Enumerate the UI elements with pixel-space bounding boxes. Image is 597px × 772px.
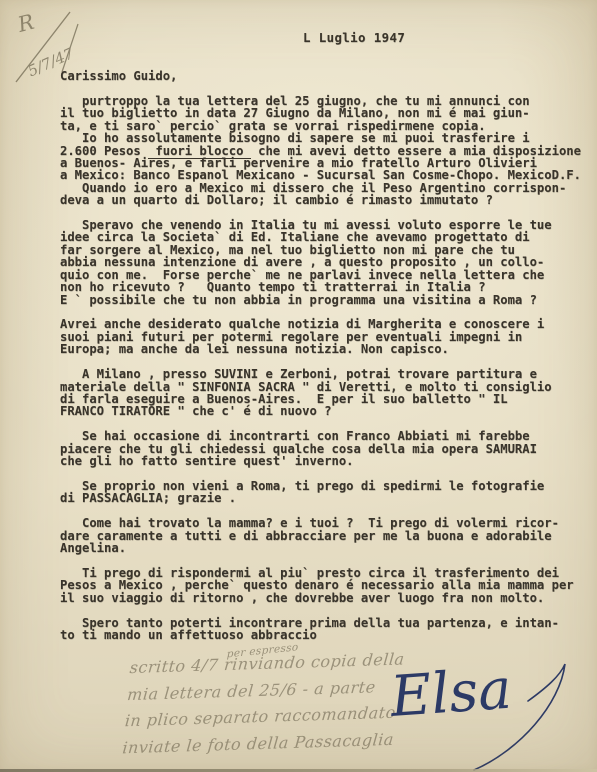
letter-line: il tuo biglietto in data 27 Giugno da Mi…	[60, 107, 590, 119]
letter-line: di PASSACAGLIA; grazie .	[60, 492, 590, 504]
letter-line: Carissimo Guido,	[60, 70, 590, 82]
letter-line: Angelina.	[60, 542, 590, 554]
letter-line: A Milano , presso SUVINI e Zerboni, potr…	[60, 368, 590, 380]
letter-line: Europa; ma anche da lei nessuna notizia.…	[60, 343, 590, 355]
letter-line	[60, 604, 590, 616]
signature-strokes: Elsa	[388, 646, 588, 772]
letter-line: che gli ho fatto sentire quest' inverno.	[60, 455, 590, 467]
letter-line: Avrei anche desiderato qualche notizia d…	[60, 318, 590, 330]
letter-line: E ` possibile che tu non abbia in progra…	[60, 294, 590, 306]
signature-text: Elsa	[388, 657, 514, 730]
letter-line: abbia nessuna intenzione di avere , a qu…	[60, 256, 590, 268]
letter-line: dare caramente a tutti e di abbracciare …	[60, 530, 590, 542]
signature: Elsa	[388, 646, 588, 772]
date: L Luglio 1947	[303, 30, 405, 45]
letter-line: to ti mando un affettuoso abbraccio	[60, 629, 590, 641]
letter-line: Io ho assolutamente bisogno di sapere se…	[60, 132, 590, 144]
letter-line	[60, 554, 590, 566]
typed-body: Carissimo Guido, purtroppo la tua letter…	[60, 70, 590, 641]
letter-line: Pesos a Mexico , perche` questo denaro é…	[60, 579, 590, 591]
letter-line: a Mexico: Banco Espanol Mexicano - Sucur…	[60, 169, 590, 181]
corner-annotation-letter: R	[14, 10, 36, 37]
letter-line	[60, 82, 590, 94]
letter-line: non ho ricevuto ? Quanto tempo ti tratte…	[60, 281, 590, 293]
letter-line: il suo viaggio di ritorno , che dovrebbe…	[60, 592, 590, 604]
letter-line: deva a un quarto di Dollaro; il cambio é…	[60, 194, 590, 206]
letter-line: Se hai occasione di incontrarti con Fran…	[60, 430, 590, 442]
letter-line: Come hai trovato la mamma? e i tuoi ? Ti…	[60, 517, 590, 529]
letter-line: FRANCO TIRATORE " che c' é di nuovo ?	[60, 405, 590, 417]
